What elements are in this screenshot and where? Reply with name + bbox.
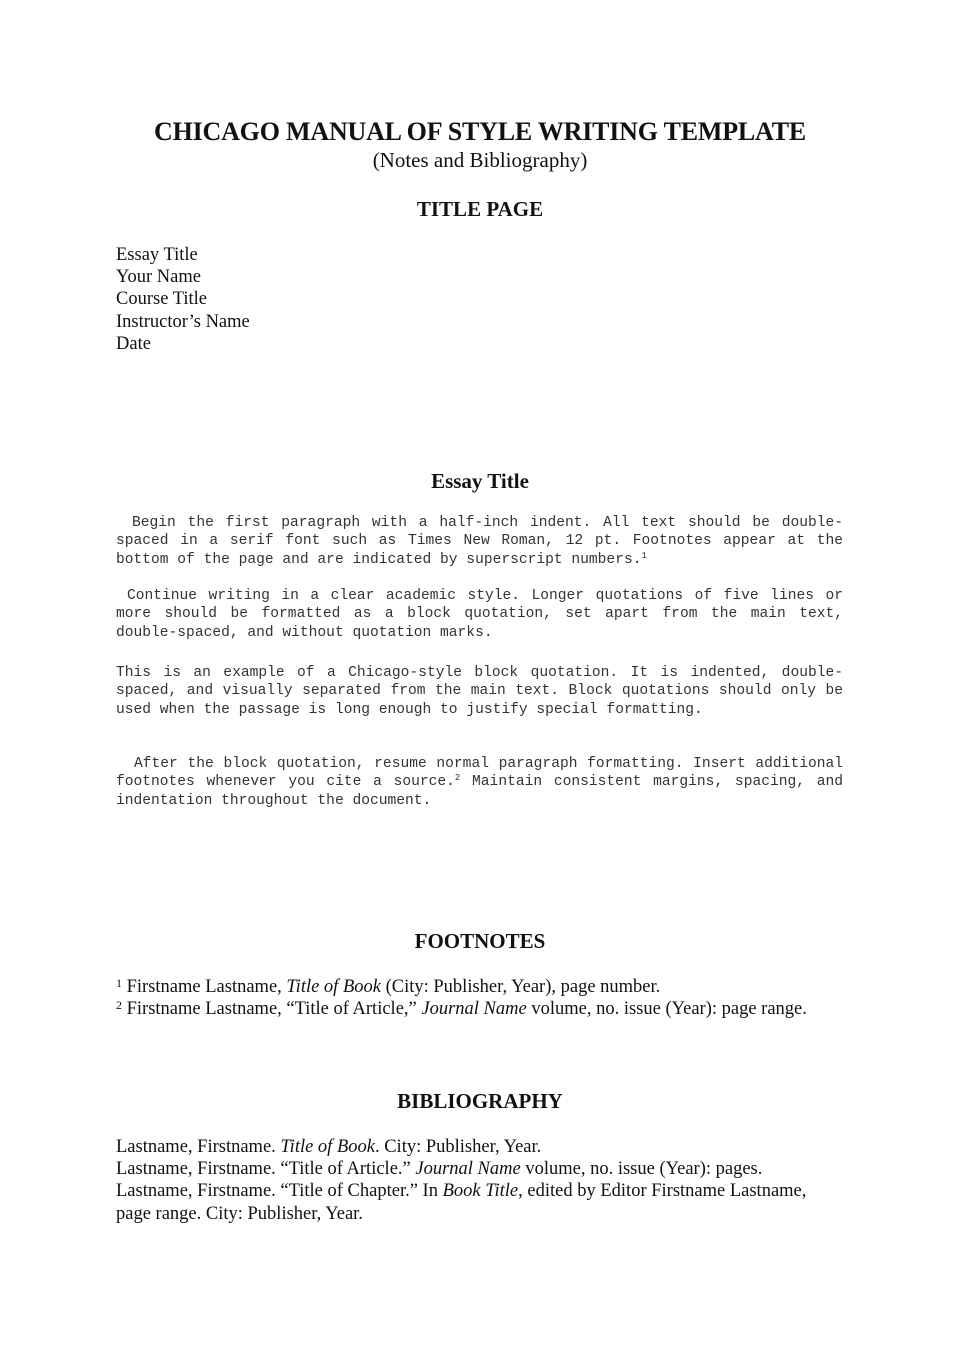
bibliography-entry: Lastname, Firstname. “Title of Chapter.”… (116, 1180, 841, 1224)
footnote-text-end: (City: Publisher, Year), page number. (381, 977, 660, 997)
bib-text-end: volume, no. issue (Year): pages. (521, 1159, 763, 1179)
bib-text: Lastname, Firstname. “Title of Article.” (116, 1159, 415, 1179)
bibliography-entry: Lastname, Firstname. Title of Book. City… (116, 1136, 856, 1158)
essay-title-heading: Essay Title (0, 467, 960, 495)
footnote-italic-title: Title of Book (286, 977, 381, 997)
block-quotation: This is an example of a Chicago-style bl… (116, 664, 843, 719)
paragraph-text: Continue writing in a clear academic sty… (116, 588, 843, 641)
document-subtitle: (Notes and Bibliography) (0, 146, 960, 174)
bibliography-entry: Lastname, Firstname. “Title of Article.”… (116, 1158, 856, 1180)
essay-paragraph-2: Continue writing in a clear academic sty… (116, 587, 843, 642)
title-page-fields: Essay Title Your Name Course Title Instr… (116, 244, 250, 355)
bib-italic-title: Journal Name (415, 1159, 520, 1179)
document-title: CHICAGO MANUAL OF STYLE WRITING TEMPLATE (0, 116, 960, 148)
footnote-text-end: volume, no. issue (Year): page range. (527, 999, 807, 1019)
bib-text: Lastname, Firstname. (116, 1137, 280, 1157)
bibliography-heading: BIBLIOGRAPHY (0, 1087, 960, 1115)
footnote-item: 1 Firstname Lastname, Title of Book (Cit… (116, 976, 856, 998)
title-page-heading: TITLE PAGE (0, 195, 960, 223)
footnote-ref-1: 1 (641, 551, 646, 561)
title-field-essay-title: Essay Title (116, 244, 250, 266)
bib-italic-title: Title of Book (280, 1137, 375, 1157)
title-field-course-title: Course Title (116, 288, 250, 310)
footnote-italic-title: Journal Name (421, 999, 526, 1019)
footnotes-heading: FOOTNOTES (0, 927, 960, 955)
bib-text: Lastname, Firstname. “Title of Chapter.”… (116, 1181, 443, 1201)
paragraph-text: Begin the first paragraph with a half-in… (116, 515, 843, 568)
footnote-text: Firstname Lastname, “Title of Article,” (122, 999, 421, 1019)
bibliography-list: Lastname, Firstname. Title of Book. City… (116, 1136, 856, 1225)
essay-paragraph-3: After the block quotation, resume normal… (116, 755, 843, 810)
footnote-item: 2 Firstname Lastname, “Title of Article,… (116, 998, 856, 1020)
title-field-date: Date (116, 333, 250, 355)
footnote-text: Firstname Lastname, (122, 977, 286, 997)
title-field-instructor-name: Instructor’s Name (116, 311, 250, 333)
title-field-your-name: Your Name (116, 266, 250, 288)
block-quotation-text: This is an example of a Chicago-style bl… (116, 665, 843, 718)
essay-paragraph-1: Begin the first paragraph with a half-in… (116, 514, 843, 569)
footnote-list: 1 Firstname Lastname, Title of Book (Cit… (116, 976, 856, 1020)
bib-italic-title: Book Title (443, 1181, 519, 1201)
bib-text-end: . City: Publisher, Year. (375, 1137, 541, 1157)
